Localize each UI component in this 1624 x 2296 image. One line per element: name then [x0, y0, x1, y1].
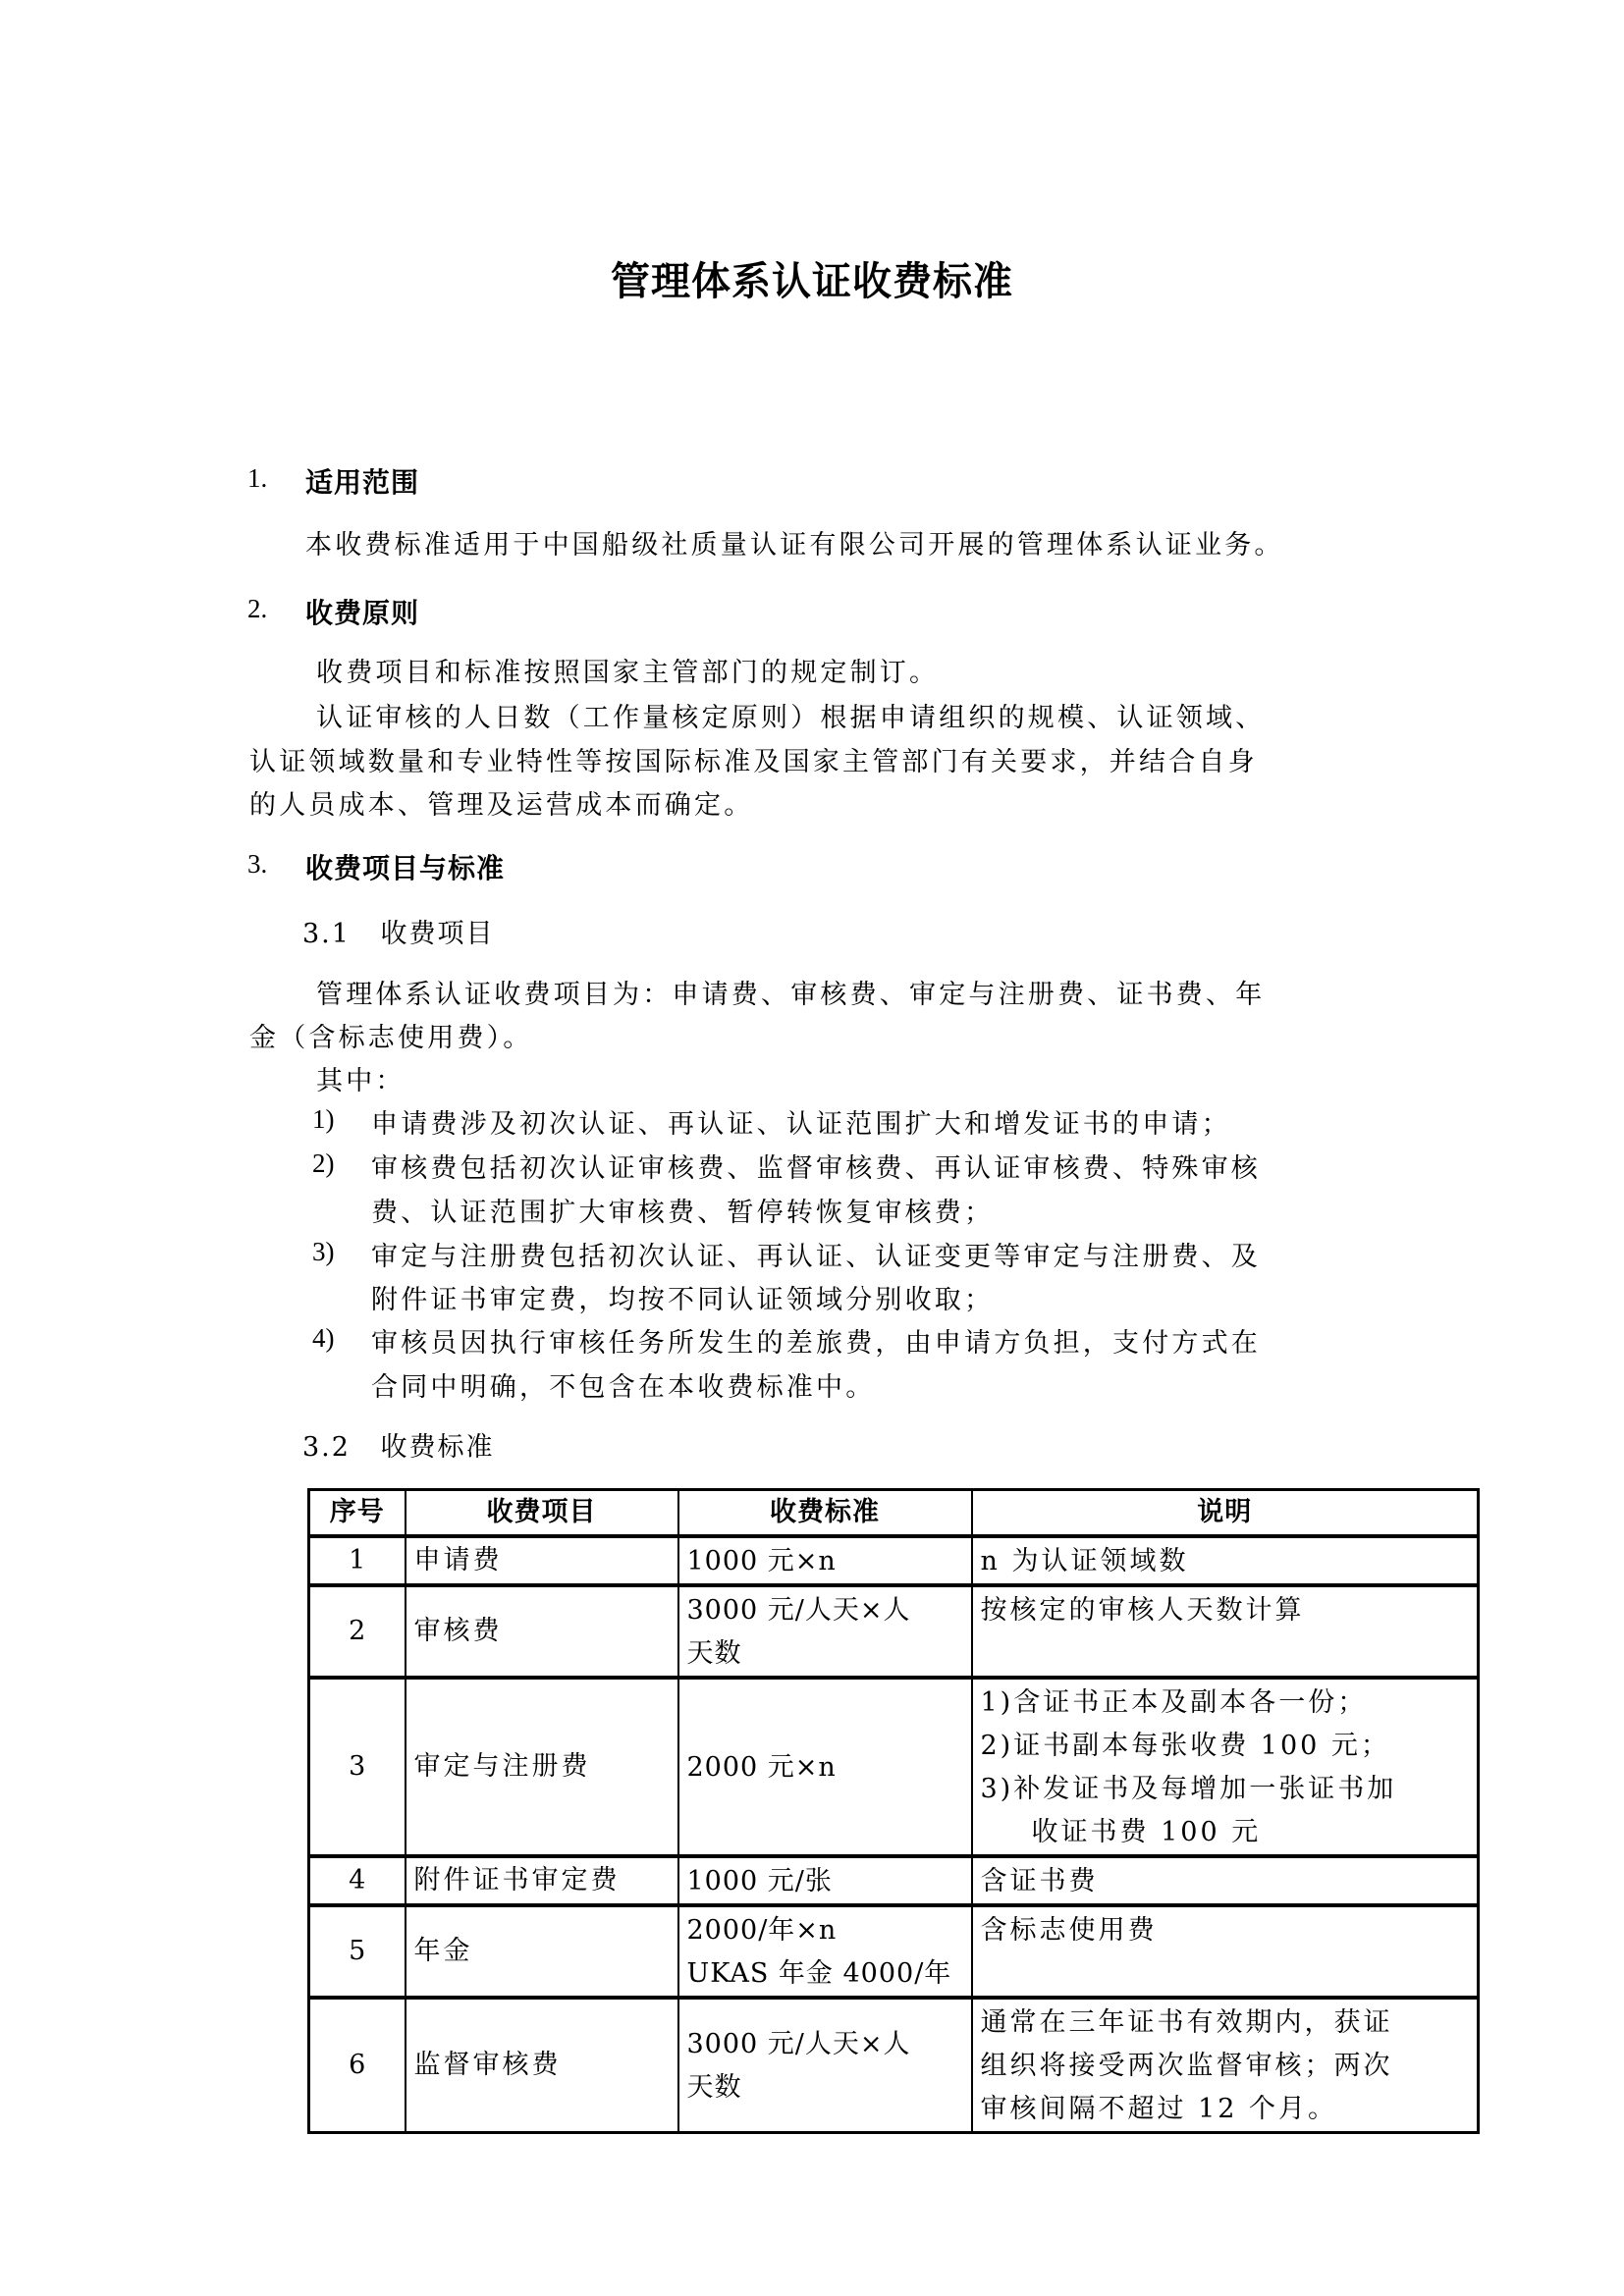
- section-1-paragraph: 本收费标准适用于中国船级社质量认证有限公司开展的管理体系认证业务。: [305, 524, 1284, 567]
- standard-line: 天数: [687, 1632, 963, 1676]
- description-line: n 为认证领域数: [981, 1540, 1470, 1583]
- standard-line: 1000 元/张: [687, 1860, 963, 1903]
- row-no: 6: [309, 1998, 406, 2133]
- section-3-title: 收费项目与标准: [305, 847, 505, 886]
- standard-line: 2000 元×n: [687, 1746, 963, 1789]
- row-description: 含标志使用费: [972, 1905, 1479, 1998]
- list-item-1-line-1: 申请费涉及初次认证、再认证、认证范围扩大和增发证书的申请；: [371, 1103, 1231, 1147]
- row-item: 审核费: [406, 1585, 678, 1678]
- header-description: 说明: [972, 1490, 1479, 1537]
- list-item-2-marker: 2): [312, 1148, 335, 1179]
- row-item: 监督审核费: [406, 1998, 678, 2133]
- row-item: 附件证书审定费: [406, 1856, 678, 1905]
- standard-line: 2000/年×n: [687, 1909, 963, 1952]
- section-2-paragraph-1: 收费项目和标准按照国家主管部门的规定制订。: [316, 652, 939, 695]
- table-row: 6 监督审核费 3000 元/人天×人 天数 通常在三年证书有效期内，获证 组织…: [309, 1998, 1479, 2133]
- subsection-3-1-number: 3.1: [302, 919, 351, 949]
- list-item-3-line-2: 附件证书审定费，均按不同认证领域分别收取；: [371, 1279, 994, 1322]
- fee-standard-table: 序号 收费项目 收费标准 说明 1 申请费 1000 元×n n 为认证领域数 …: [307, 1488, 1480, 2134]
- row-no: 1: [309, 1536, 406, 1585]
- subsection-3-2-number: 3.2: [302, 1432, 351, 1463]
- table-row: 3 审定与注册费 2000 元×n 1)含证书正本及副本各一份； 2)证书副本每…: [309, 1678, 1479, 1856]
- row-standard: 1000 元×n: [678, 1536, 972, 1585]
- list-item-4-line-1: 审核员因执行审核任务所发生的差旅费，由申请方负担，支付方式在: [371, 1322, 1261, 1365]
- list-item-3-marker: 3): [312, 1237, 335, 1267]
- standard-line: 3000 元/人天×人: [687, 2023, 963, 2066]
- subsection-3-1-intro-line-2: 金（含标志使用费）。: [249, 1017, 533, 1060]
- description-line: 3)补发证书及每增加一张证书加: [981, 1768, 1470, 1811]
- row-item: 申请费: [406, 1536, 678, 1585]
- table-row: 1 申请费 1000 元×n n 为认证领域数: [309, 1536, 1479, 1585]
- description-line: 按核定的审核人天数计算: [981, 1589, 1470, 1632]
- row-standard: 3000 元/人天×人 天数: [678, 1998, 972, 2133]
- description-line: 2)证书副本每张收费 100 元；: [981, 1725, 1470, 1768]
- standard-line: UKAS 年金 4000/年: [687, 1952, 963, 1996]
- row-no: 5: [309, 1905, 406, 1998]
- list-item-4-marker: 4): [312, 1323, 335, 1354]
- section-2-number: 2.: [247, 594, 267, 624]
- description-line: 通常在三年证书有效期内，获证: [981, 2002, 1470, 2045]
- subsection-3-2-heading: 3.2 收费标准: [302, 1425, 495, 1464]
- table-row: 2 审核费 3000 元/人天×人 天数 按核定的审核人天数计算: [309, 1585, 1479, 1678]
- description-line: 审核间隔不超过 12 个月。: [981, 2088, 1470, 2131]
- subsection-3-1-intro-line-3: 其中：: [316, 1060, 406, 1103]
- list-item-1-marker: 1): [312, 1104, 335, 1135]
- row-item: 年金: [406, 1905, 678, 1998]
- description-line: 含标志使用费: [981, 1909, 1470, 1952]
- table-row: 5 年金 2000/年×n UKAS 年金 4000/年 含标志使用费: [309, 1905, 1479, 1998]
- standard-line: 3000 元/人天×人: [687, 1589, 963, 1632]
- row-description: 通常在三年证书有效期内，获证 组织将接受两次监督审核；两次 审核间隔不超过 12…: [972, 1998, 1479, 2133]
- row-description: n 为认证领域数: [972, 1536, 1479, 1585]
- page-title: 管理体系认证收费标准: [0, 250, 1624, 306]
- row-standard: 3000 元/人天×人 天数: [678, 1585, 972, 1678]
- list-item-3-line-1: 审定与注册费包括初次认证、再认证、认证变更等审定与注册费、及: [371, 1236, 1261, 1279]
- subsection-3-2-title: 收费标准: [381, 1432, 495, 1463]
- subsection-3-1-intro-line-1: 管理体系认证收费项目为：申请费、审核费、审定与注册费、证书费、年: [316, 974, 1265, 1017]
- subsection-3-1-heading: 3.1 收费项目: [302, 912, 495, 950]
- row-description: 1)含证书正本及副本各一份； 2)证书副本每张收费 100 元； 3)补发证书及…: [972, 1678, 1479, 1856]
- section-2-paragraph-2-line-2: 认证领域数量和专业特性等按国际标准及国家主管部门有关要求，并结合自身: [249, 741, 1258, 784]
- list-item-2-line-1: 审核费包括初次认证审核费、监督审核费、再认证审核费、特殊审核: [371, 1148, 1261, 1191]
- description-line: 1)含证书正本及副本各一份；: [981, 1682, 1470, 1725]
- section-1-number: 1.: [247, 463, 267, 494]
- table-header-row: 序号 收费项目 收费标准 说明: [309, 1490, 1479, 1537]
- standard-line: 天数: [687, 2066, 963, 2109]
- row-item: 审定与注册费: [406, 1678, 678, 1856]
- row-standard: 2000 元×n: [678, 1678, 972, 1856]
- section-1-title: 适用范围: [305, 461, 419, 501]
- standard-line: 1000 元×n: [687, 1540, 963, 1583]
- header-no: 序号: [309, 1490, 406, 1537]
- row-description: 含证书费: [972, 1856, 1479, 1905]
- table-row: 4 附件证书审定费 1000 元/张 含证书费: [309, 1856, 1479, 1905]
- row-no: 3: [309, 1678, 406, 1856]
- section-3-number: 3.: [247, 849, 267, 880]
- row-no: 2: [309, 1585, 406, 1678]
- description-line: 收证书费 100 元: [981, 1811, 1470, 1854]
- row-no: 4: [309, 1856, 406, 1905]
- description-line: 组织将接受两次监督审核；两次: [981, 2045, 1470, 2088]
- section-2-title: 收费原则: [305, 592, 419, 631]
- row-description: 按核定的审核人天数计算: [972, 1585, 1479, 1678]
- section-2-paragraph-2-line-1: 认证审核的人日数（工作量核定原则）根据申请组织的规模、认证领域、: [316, 697, 1265, 740]
- row-standard: 2000/年×n UKAS 年金 4000/年: [678, 1905, 972, 1998]
- section-2-paragraph-2-line-3: 的人员成本、管理及运营成本而确定。: [249, 784, 753, 828]
- list-item-4-line-2: 合同中明确，不包含在本收费标准中。: [371, 1366, 875, 1410]
- header-item: 收费项目: [406, 1490, 678, 1537]
- list-item-2-line-2: 费、认证范围扩大审核费、暂停转恢复审核费；: [371, 1192, 994, 1235]
- header-standard: 收费标准: [678, 1490, 972, 1537]
- row-standard: 1000 元/张: [678, 1856, 972, 1905]
- subsection-3-1-title: 收费项目: [381, 919, 495, 949]
- description-line: 含证书费: [981, 1860, 1470, 1903]
